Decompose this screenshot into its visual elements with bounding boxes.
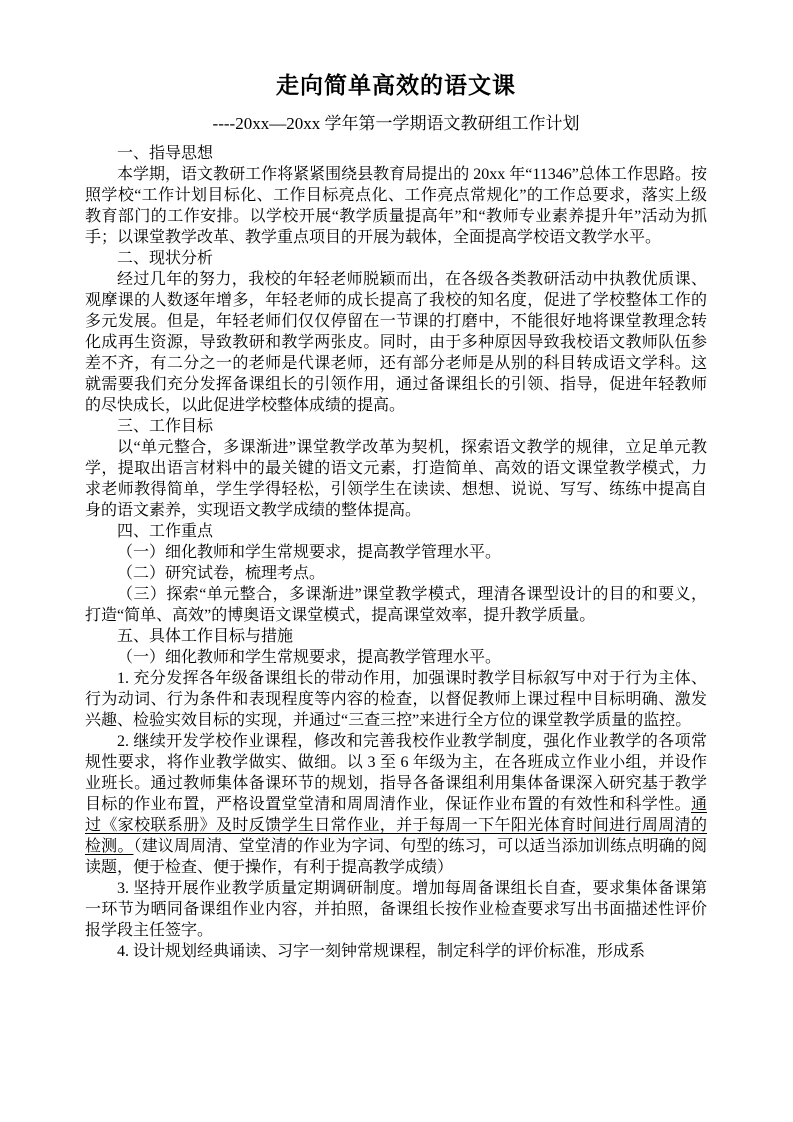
text-segment: 二、现状分析 (117, 250, 213, 267)
text-segment: 2. 继续开发学校作业课程，修改和完善我校作业教学制度，强化作业教学的各项常规性… (85, 733, 707, 813)
text-segment: 4. 设计规划经典诵读、习字一刻钟常规课程，制定科学的评价标准，形成系 (117, 943, 645, 960)
paragraph: 2. 继续开发学校作业课程，修改和完善我校作业教学制度，强化作业教学的各项常规性… (85, 731, 707, 878)
text-segment: （一）细化教师和学生常规要求，提高教学管理水平。 (117, 544, 501, 561)
section-heading: 四、工作重点 (85, 521, 707, 542)
text-segment: 五、具体工作目标与措施 (117, 628, 293, 645)
text-segment: （二）研究试卷，梳理考点。 (117, 565, 325, 582)
section-heading: 五、具体工作目标与措施 (85, 626, 707, 647)
paragraph: 4. 设计规划经典诵读、习字一刻钟常规课程，制定科学的评价标准，形成系 (85, 941, 707, 962)
text-segment: 经过几年的努力，我校的年轻老师脱颖而出，在各级各类教研活动中执教优质课、观摩课的… (85, 271, 707, 414)
document-subtitle: ----20xx—20xx 学年第一学期语文教研组工作计划 (85, 112, 707, 136)
text-segment: 1. 充分发挥各年级备课组长的带动作用，加强课时教学目标叙写中对于行为主体、行为… (85, 670, 707, 729)
section-heading: 一、指导思想 (85, 143, 707, 164)
text-segment: 3. 坚持开展作业教学质量定期调研制度。增加每周备课组长自查，要求集体备课第一环… (85, 880, 707, 939)
paragraph: 经过几年的努力，我校的年轻老师脱颖而出，在各级各类教研活动中执教优质课、观摩课的… (85, 269, 707, 416)
text-segment: （一）细化教师和学生常规要求，提高教学管理水平。 (117, 649, 501, 666)
document-page: 走向简单高效的语文课 ----20xx—20xx 学年第一学期语文教研组工作计划… (0, 0, 793, 1122)
section-heading: 二、现状分析 (85, 248, 707, 269)
text-segment: （建议周周清、堂堂清的作业为字词、句型的练习，可以适当添加训练点明确的阅读题，便… (85, 838, 707, 876)
section-heading: 三、工作目标 (85, 416, 707, 437)
paragraph: （二）研究试卷，梳理考点。 (85, 563, 707, 584)
paragraph: （三）探索“单元整合，多课渐进”课堂教学模式，理清各课型设计的目的和要义，打造“… (85, 584, 707, 626)
document-title: 走向简单高效的语文课 (85, 70, 707, 102)
document-body: 一、指导思想本学期，语文教研工作将紧紧围绕县教育局提出的 20xx 年“1134… (85, 143, 707, 962)
text-segment: 以“单元整合，多课渐进”课堂教学改革为契机，探索语文教学的规律，立足单元教学，提… (85, 439, 707, 519)
paragraph: 1. 充分发挥各年级备课组长的带动作用，加强课时教学目标叙写中对于行为主体、行为… (85, 668, 707, 731)
paragraph: 本学期，语文教研工作将紧紧围绕县教育局提出的 20xx 年“11346”总体工作… (85, 164, 707, 248)
text-segment: 三、工作目标 (117, 418, 213, 435)
text-segment: 四、工作重点 (117, 523, 213, 540)
text-segment: （三）探索“单元整合，多课渐进”课堂教学模式，理清各课型设计的目的和要义，打造“… (85, 586, 707, 624)
paragraph: （一）细化教师和学生常规要求，提高教学管理水平。 (85, 542, 707, 563)
paragraph: 3. 坚持开展作业教学质量定期调研制度。增加每周备课组长自查，要求集体备课第一环… (85, 878, 707, 941)
paragraph: 以“单元整合，多课渐进”课堂教学改革为契机，探索语文教学的规律，立足单元教学，提… (85, 437, 707, 521)
text-segment: 本学期，语文教研工作将紧紧围绕县教育局提出的 20xx 年“11346”总体工作… (85, 166, 707, 246)
paragraph: （一）细化教师和学生常规要求，提高教学管理水平。 (85, 647, 707, 668)
text-segment: 一、指导思想 (117, 145, 213, 162)
